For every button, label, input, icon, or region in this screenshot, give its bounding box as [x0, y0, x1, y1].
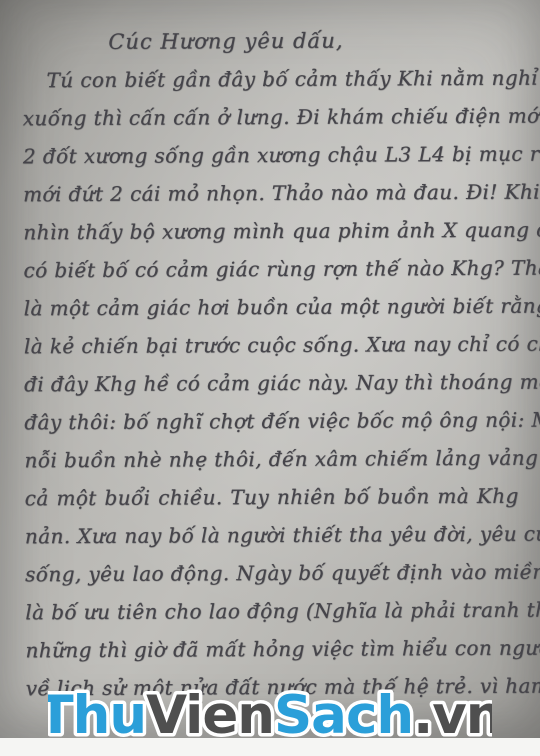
letter-line: đi đây Khg hề có cảm giác này. Nay thì t…: [24, 363, 518, 404]
letter-line: những thì giờ đã mất hỏng việc tìm hiểu …: [25, 629, 519, 670]
svg-text:ThuVienSach.vn: ThuVienSach.vn: [48, 685, 492, 746]
watermark-segment-vien: Vien: [146, 685, 274, 746]
letter-line: Tú con biết gần đây bố cảm thấy Khi nằm …: [22, 59, 516, 100]
letter-line: sống, yêu lao động. Ngày bố quyết định v…: [25, 553, 519, 594]
letter-line: nỗi buồn nhè nhẹ thôi, đến xâm chiếm lản…: [24, 439, 518, 480]
letter-line: là một cảm giác hơi buồn của một người b…: [24, 287, 518, 328]
watermark-segment-vn: .vn: [413, 685, 492, 746]
letter-line: cả một buổi chiều. Tuy nhiên bố buồn mà …: [25, 477, 519, 518]
letter-line: là bố ưu tiên cho lao động (Nghĩa là phả…: [25, 591, 519, 632]
letter-line: mới đứt 2 cái mỏ nhọn. Thảo nào mà đau. …: [23, 173, 517, 214]
letter-line: nản. Xưa nay bố là người thiết tha yêu đ…: [25, 515, 519, 556]
letter-line: đây thôi: bố nghĩ chợt đến việc bốc mộ ô…: [24, 401, 518, 442]
letter-line: 2 đốt xương sống gần xương chậu L3 L4 bị…: [23, 135, 517, 176]
watermark-segment-sach: Sach: [274, 685, 413, 746]
letter-line: xuống thì cấn cấn ở lưng. Đi khám chiếu …: [23, 97, 517, 138]
letter-line: có biết bố có cảm giác rùng rợn thế nào …: [23, 249, 517, 290]
watermark-segment-thu: Thu: [48, 685, 146, 746]
letter-line: nhìn thấy bộ xương mình qua phim ảnh X q…: [23, 211, 517, 252]
letter-salutation: Cúc Hương yêu dấu,: [22, 21, 516, 62]
letter-line: là kẻ chiến bại trước cuộc sống. Xưa nay…: [24, 325, 518, 366]
photo-bottom-margin: [0, 738, 540, 756]
handwritten-letter: Cúc Hương yêu dấu, Tú con biết gần đây b…: [22, 21, 520, 708]
